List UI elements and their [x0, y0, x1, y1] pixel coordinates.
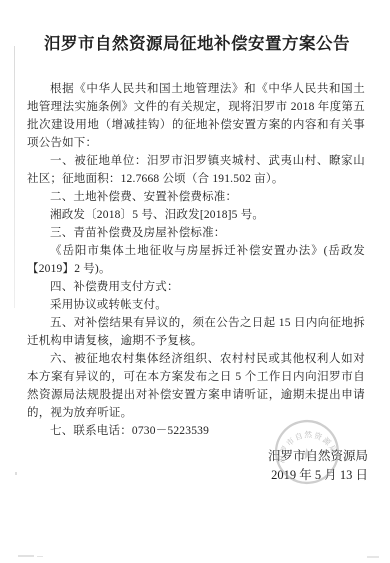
paragraph-item-4-payment-method: 四、补偿费用支付方式：	[27, 278, 365, 296]
scan-artifact-smudge	[37, 556, 43, 557]
paragraph-item-3-documents: 《岳阳市集体土地征收与房屋拆迁补偿安置办法》(岳政发【2019】2 号)。	[27, 242, 365, 278]
paragraph-item-2-documents: 湘政发〔2018〕5 号、汨政发[2018]5 号。	[27, 206, 365, 224]
paragraph-item-6-hearing: 六、被征地农村集体经济组织、农村村民或其他权利人如对本方案有异议的，可在本方案发…	[27, 350, 365, 422]
paragraph-basis: 根据《中华人民共和国土地管理法》和《中华人民共和国土地管理法实施条例》文件的有关…	[27, 80, 365, 152]
scan-artifact-dot	[15, 472, 17, 475]
paragraph-item-2-compensation-standard: 二、土地补偿费、安置补偿费标准：	[27, 188, 365, 206]
paragraph-item-3-crops-housing-standard: 三、青苗补偿费及房屋补偿标准：	[27, 224, 365, 242]
signature-date: 2019 年 5 月 13 日	[268, 466, 368, 485]
notice-body: 根据《中华人民共和国土地管理法》和《中华人民共和国土地管理法实施条例》文件的有关…	[27, 80, 365, 440]
signature-org: 汨罗市自然资源局	[268, 447, 368, 466]
page-title: 汨罗市自然资源局征地补偿安置方案公告	[24, 33, 370, 55]
paragraph-item-5-review: 五、对补偿结果有异议的，须在公告之日起 15 日内向征地拆迁机构申请复核，逾期不…	[27, 314, 365, 350]
paragraph-item-7-contact-phone: 七、联系电话：0730－5223539	[27, 422, 365, 440]
scan-artifact-smudge	[18, 555, 34, 557]
signature-block: 汨罗市自然资源局 2019 年 5 月 13 日	[268, 447, 368, 485]
scan-artifact-smudge	[367, 556, 379, 558]
scan-artifact-left-line	[14, 46, 15, 308]
notice-document-page: 汨罗市自然资源局征地补偿安置方案公告 根据《中华人民共和国土地管理法》和《中华人…	[0, 0, 390, 563]
paragraph-item-4-detail: 采用协议或转帐支付。	[27, 296, 365, 314]
paragraph-item-1-expropriated-units: 一、被征地单位：汨罗市汨罗镇夹城村、武夷山村、瞭家山社区；征地面积：12.766…	[27, 152, 365, 188]
